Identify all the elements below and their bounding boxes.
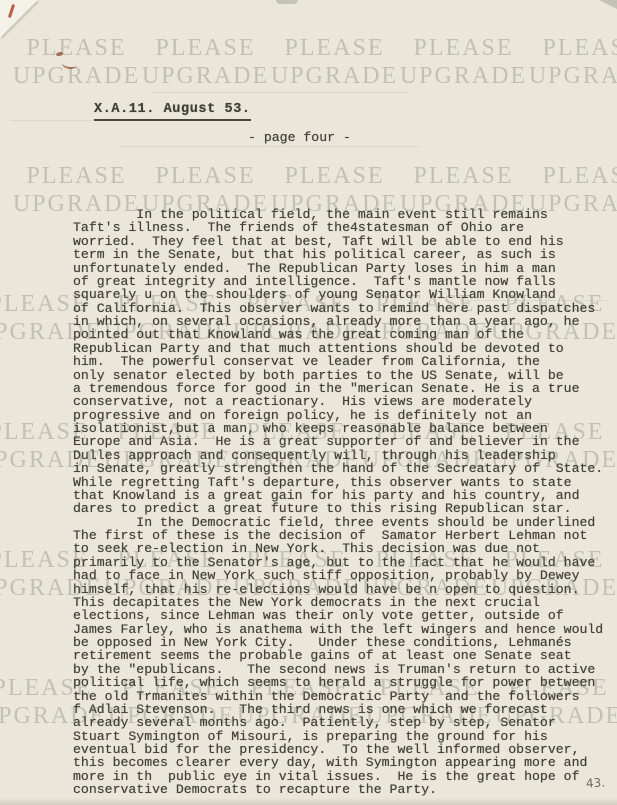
scanned-document-page: PLEASEUPGRADEPLEASEUPGRADEPLEASEUPGRADEP… <box>0 0 617 805</box>
watermark-tile: PLEASEUPGRADE <box>270 34 399 90</box>
watermark-word-upgrade: UPGRADE <box>141 62 270 90</box>
watermark-tile: PLEASEUPGRADE <box>141 34 270 90</box>
scanner-corner <box>599 0 617 9</box>
folded-corner <box>0 0 38 38</box>
watermark-word-please: PLEASE <box>12 34 141 62</box>
ink-stain <box>61 58 77 70</box>
paper-texture <box>150 92 410 93</box>
ink-stain <box>56 51 64 57</box>
watermark-word-please: PLEASE <box>141 34 270 62</box>
watermark-word-please: PLEASE <box>12 162 141 190</box>
scan-bottom-edge <box>0 798 617 805</box>
handwritten-page-number: 43. <box>586 775 606 790</box>
watermark-tile: PLEASEUPGRADE <box>528 34 617 90</box>
watermark-word-please: PLEASE <box>528 162 617 190</box>
document-reference-header: X.A.11. August 53. <box>94 102 251 121</box>
document-body-text: In the political field, the main event s… <box>73 208 613 797</box>
watermark-word-please: PLEASE <box>270 162 399 190</box>
watermark-word-please: PLEASE <box>399 34 528 62</box>
watermark-word-upgrade: UPGRADE <box>399 62 528 90</box>
watermark-word-please: PLEASE <box>528 34 617 62</box>
page-label: - page four - <box>248 130 351 145</box>
watermark-word-please: PLEASE <box>270 34 399 62</box>
watermark-word-please: PLEASE <box>399 162 528 190</box>
watermark-word-upgrade: UPGRADE <box>270 62 399 90</box>
paper-texture <box>120 146 420 147</box>
watermark-word-upgrade: UPGRADE <box>528 62 617 90</box>
watermark-tile: PLEASEUPGRADE <box>399 34 528 90</box>
watermark-word-please: PLEASE <box>141 162 270 190</box>
scan-edge-notch <box>276 0 298 4</box>
